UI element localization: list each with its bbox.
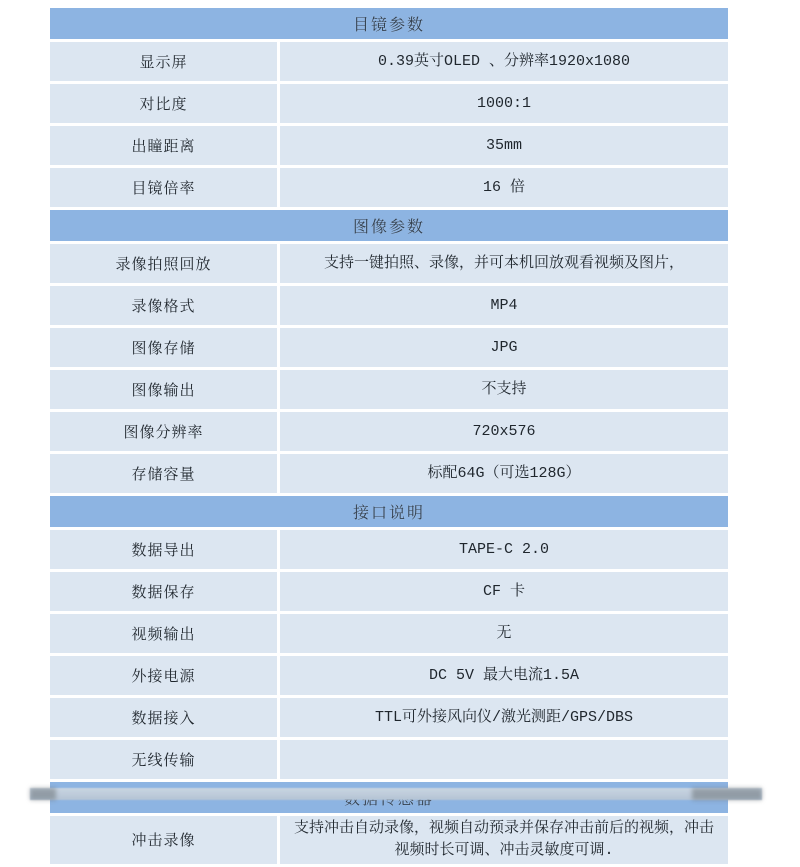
table-row: 图像存储JPG: [50, 328, 728, 367]
row-label: 图像分辨率: [50, 412, 277, 451]
row-label: 对比度: [50, 84, 277, 123]
table-row: 录像格式MP4: [50, 286, 728, 325]
row-label: 录像格式: [50, 286, 277, 325]
row-label: 显示屏: [50, 42, 277, 81]
row-value: 35mm: [280, 126, 728, 165]
row-value: 标配64G（可选128G）: [280, 454, 728, 493]
row-value: [280, 740, 728, 779]
row-value: 不支持: [280, 370, 728, 409]
row-label: 无线传输: [50, 740, 277, 779]
row-label: 外接电源: [50, 656, 277, 695]
table-row: 图像输出不支持: [50, 370, 728, 409]
partial-bar-right-cap: [692, 788, 762, 800]
row-value: 无: [280, 614, 728, 653]
section-header: 目镜参数: [50, 8, 728, 39]
partial-next-section-bar: [30, 788, 762, 800]
row-label: 数据保存: [50, 572, 277, 611]
table-row: 对比度1000:1: [50, 84, 728, 123]
row-value: TAPE-C 2.0: [280, 530, 728, 569]
row-label: 目镜倍率: [50, 168, 277, 207]
table-row: 出瞳距离35mm: [50, 126, 728, 165]
row-label: 出瞳距离: [50, 126, 277, 165]
row-label: 存储容量: [50, 454, 277, 493]
table-row: 图像分辨率720x576: [50, 412, 728, 451]
table-row: 目镜倍率16 倍: [50, 168, 728, 207]
table-row: 视频输出无: [50, 614, 728, 653]
row-value: 支持一键拍照、录像，并可本机回放观看视频及图片，: [280, 244, 728, 283]
row-value: TTL可外接风向仪/激光测距/GPS/DBS: [280, 698, 728, 737]
table-row: 数据接入TTL可外接风向仪/激光测距/GPS/DBS: [50, 698, 728, 737]
row-value: 0.39英寸OLED 、分辨率1920x1080: [280, 42, 728, 81]
row-label: 图像输出: [50, 370, 277, 409]
row-label: 数据接入: [50, 698, 277, 737]
partial-bar-left-cap: [30, 788, 56, 800]
table-row: 数据保存CF 卡: [50, 572, 728, 611]
row-value: MP4: [280, 286, 728, 325]
row-value: CF 卡: [280, 572, 728, 611]
table-row: 存储容量标配64G（可选128G）: [50, 454, 728, 493]
table-row: 录像拍照回放支持一键拍照、录像，并可本机回放观看视频及图片，: [50, 244, 728, 283]
spec-table: 目镜参数显示屏0.39英寸OLED 、分辨率1920x1080对比度1000:1…: [50, 8, 728, 800]
row-value: 16 倍: [280, 168, 728, 207]
row-label: 数据导出: [50, 530, 277, 569]
row-value: 1000:1: [280, 84, 728, 123]
row-label: 录像拍照回放: [50, 244, 277, 283]
table-row: 无线传输: [50, 740, 728, 779]
table-row: 外接电源DC 5V 最大电流1.5A: [50, 656, 728, 695]
section-header: 接口说明: [50, 496, 728, 527]
row-value: JPG: [280, 328, 728, 367]
table-row: 数据导出TAPE-C 2.0: [50, 530, 728, 569]
row-label: 图像存储: [50, 328, 277, 367]
row-value: DC 5V 最大电流1.5A: [280, 656, 728, 695]
table-row: 显示屏0.39英寸OLED 、分辨率1920x1080: [50, 42, 728, 81]
row-label: 视频输出: [50, 614, 277, 653]
section-header: 图像参数: [50, 210, 728, 241]
row-value: 720x576: [280, 412, 728, 451]
